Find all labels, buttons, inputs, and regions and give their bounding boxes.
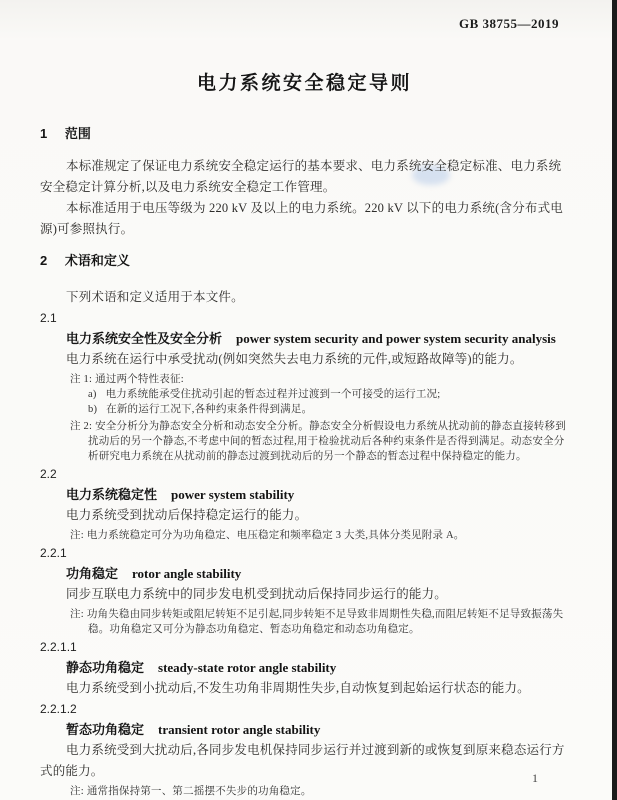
note-label: 注: bbox=[70, 609, 84, 620]
note-label: 注 2: bbox=[70, 421, 92, 432]
term-definition: 同步互联电力系统中的同步发电机受到扰动后保持同步运行的能力。 bbox=[40, 584, 569, 605]
term-zh: 静态功角稳定 bbox=[66, 660, 144, 675]
document-page: GB 38755—2019 电力系统安全稳定导则 1 范围 本标准规定了保证电力… bbox=[0, 0, 617, 800]
note-text: 通过两个特性表征: bbox=[95, 374, 184, 385]
term-zh: 电力系统安全性及安全分析 bbox=[66, 331, 222, 346]
term-zh: 电力系统稳定性 bbox=[66, 487, 157, 502]
list-item-a: a)电力系统能承受住扰动引起的暂态过程并过渡到一个可接受的运行工况; bbox=[40, 387, 569, 402]
term-entry-number-2-2-1-1: 2.2.1.1 bbox=[40, 640, 569, 655]
list-item-text: 电力系统能承受住扰动引起的暂态过程并过渡到一个可接受的运行工况; bbox=[106, 389, 441, 400]
term-entry-number-2-2: 2.2 bbox=[40, 467, 569, 482]
scope-paragraph-1: 本标准规定了保证电力系统安全稳定运行的基本要求、电力系统安全稳定标准、电力系统安… bbox=[40, 156, 569, 198]
note-label: 注 1: bbox=[70, 374, 92, 385]
term-heading-2-1: 电力系统安全性及安全分析power system security and po… bbox=[40, 329, 569, 349]
term-note: 注:通常指保持第一、第二摇摆不失步的功角稳定。 bbox=[40, 784, 569, 799]
note-text: 功角失稳由同步转矩或阻尼转矩不足引起,同步转矩不足导致非周期性失稳,而阻尼转矩不… bbox=[87, 609, 563, 635]
list-marker: a) bbox=[88, 389, 97, 400]
term-definition: 电力系统在运行中承受扰动(例如突然失去电力系统的元件,或短路故障等)的能力。 bbox=[40, 349, 569, 370]
term-definition: 电力系统受到大扰动后,各同步发电机保持同步运行并过渡到新的或恢复到原来稳态运行方… bbox=[40, 740, 569, 782]
list-item-text: 在新的运行工况下,各种约束条件得到满足。 bbox=[106, 404, 312, 415]
section-scope-label: 范围 bbox=[65, 126, 91, 141]
term-zh: 功角稳定 bbox=[66, 566, 118, 581]
term-definition: 电力系统受到扰动后保持稳定运行的能力。 bbox=[40, 505, 569, 526]
term-heading-2-2: 电力系统稳定性power system stability bbox=[40, 485, 569, 505]
standard-number: GB 38755—2019 bbox=[40, 8, 569, 32]
term-note: 注:电力系统稳定可分为功角稳定、电压稳定和频率稳定 3 大类,具体分类见附录 A… bbox=[40, 528, 569, 543]
term-en: transient rotor angle stability bbox=[158, 722, 320, 737]
term-entry-number-2-2-1-2: 2.2.1.2 bbox=[40, 702, 569, 717]
section-terms-heading: 2 术语和定义 bbox=[40, 252, 569, 269]
term-en: power system security and power system s… bbox=[236, 331, 556, 346]
note-label: 注: bbox=[70, 530, 84, 541]
note-text: 安全分析分为静态安全分析和动态安全分析。静态安全分析假设电力系统从扰动前的静态直… bbox=[88, 421, 566, 462]
term-zh: 暂态功角稳定 bbox=[66, 722, 144, 737]
section-scope-number: 1 bbox=[40, 126, 47, 141]
term-heading-2-2-1-2: 暂态功角稳定transient rotor angle stability bbox=[40, 720, 569, 740]
term-note-1: 注 1:通过两个特性表征: bbox=[40, 372, 569, 387]
terms-intro: 下列术语和定义适用于本文件。 bbox=[40, 287, 569, 308]
document-title: 电力系统安全稳定导则 bbox=[40, 68, 569, 95]
note-text: 通常指保持第一、第二摇摆不失步的功角稳定。 bbox=[87, 786, 312, 797]
term-note: 注:功角失稳由同步转矩或阻尼转矩不足引起,同步转矩不足导致非周期性失稳,而阻尼转… bbox=[40, 607, 569, 637]
scope-paragraph-2: 本标准适用于电压等级为 220 kV 及以上的电力系统。220 kV 以下的电力… bbox=[40, 198, 569, 240]
term-entry-number-2-1: 2.1 bbox=[40, 311, 569, 326]
document-content: GB 38755—2019 电力系统安全稳定导则 1 范围 本标准规定了保证电力… bbox=[0, 0, 617, 799]
section-terms-label: 术语和定义 bbox=[65, 253, 130, 268]
list-marker: b) bbox=[88, 404, 97, 415]
note-text: 电力系统稳定可分为功角稳定、电压稳定和频率稳定 3 大类,具体分类见附录 A。 bbox=[87, 530, 465, 541]
term-en: steady-state rotor angle stability bbox=[158, 660, 336, 675]
section-scope-heading: 1 范围 bbox=[40, 125, 569, 142]
section-terms-number: 2 bbox=[40, 253, 47, 268]
page-number: 1 bbox=[532, 771, 538, 786]
note-label: 注: bbox=[70, 786, 84, 797]
term-definition: 电力系统受到小扰动后,不发生功角非周期性失步,自动恢复到起始运行状态的能力。 bbox=[40, 678, 569, 699]
term-en: rotor angle stability bbox=[132, 566, 241, 581]
term-entry-number-2-2-1: 2.2.1 bbox=[40, 546, 569, 561]
term-note-2: 注 2:安全分析分为静态安全分析和动态安全分析。静态安全分析假设电力系统从扰动前… bbox=[40, 419, 569, 464]
term-heading-2-2-1: 功角稳定rotor angle stability bbox=[40, 564, 569, 584]
list-item-b: b)在新的运行工况下,各种约束条件得到满足。 bbox=[40, 402, 569, 417]
term-en: power system stability bbox=[171, 487, 294, 502]
term-heading-2-2-1-1: 静态功角稳定steady-state rotor angle stability bbox=[40, 658, 569, 678]
